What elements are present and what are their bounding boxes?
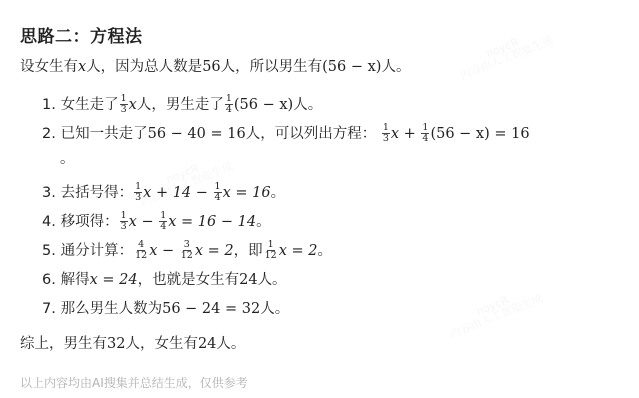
conclusion-text: 人。: [216, 336, 245, 352]
conclusion-text: 综上，男生有: [20, 336, 107, 352]
item-text: 人，可以列出方程：: [246, 126, 377, 142]
item-text: 女生走了: [61, 97, 119, 113]
item-text: 。: [60, 151, 75, 167]
intro-text: 人，因为总人数是: [86, 59, 202, 75]
math-expr: 56 − 24 = 32: [162, 301, 260, 317]
fraction: 13: [382, 123, 390, 144]
item-text: 。: [271, 185, 286, 201]
math-expr: x = 16 − 14: [168, 214, 256, 230]
fraction: 13: [120, 211, 128, 232]
math-expr: (56 − x): [322, 59, 381, 75]
math-expr: x −: [149, 243, 179, 259]
math-expr: x −: [129, 214, 159, 230]
math-expr: 56 − 40 = 16: [148, 126, 246, 142]
item-text: 。: [256, 214, 271, 230]
math-num: 24: [198, 336, 216, 352]
list-item-wrap: 。: [42, 151, 530, 181]
math-expr: (56 − x) = 16: [430, 126, 529, 142]
list-item: 4. 移项得：13x − 14x = 16 − 14。: [42, 210, 530, 239]
math-num: 56: [202, 59, 220, 75]
ai-disclaimer: 以上内容均由AI搜集并总结生成，仅供参考: [20, 374, 248, 391]
fraction: 112: [264, 240, 278, 261]
item-number: 5.: [42, 239, 56, 263]
item-text: 。: [318, 243, 333, 259]
fraction: 14: [214, 182, 222, 203]
math-expr: x +: [391, 126, 421, 142]
item-text: 人，男生走了: [137, 97, 224, 113]
item-text: 去括号得：: [61, 185, 134, 201]
math-expr: x = 24: [90, 272, 138, 288]
fraction: 14: [159, 211, 167, 232]
item-number: 1.: [42, 93, 56, 117]
list-item: 3. 去括号得：13x + 14 − 14x = 16。: [42, 181, 530, 210]
item-number: 2.: [42, 122, 56, 146]
fraction: 14: [225, 94, 233, 115]
item-text: 已知一共走了: [61, 126, 148, 142]
conclusion-text: 人，女生有: [125, 336, 198, 352]
list-item: 6. 解得x = 24，也就是女生有24人。: [42, 268, 530, 297]
intro-text: 设女生有: [20, 59, 78, 75]
math-num: 32: [107, 336, 125, 352]
math-expr: x = 2: [279, 243, 318, 259]
math-expr: x = 2: [195, 243, 234, 259]
item-text: 人。: [258, 272, 287, 288]
list-item: 5. 通分计算：412x − 312x = 2，即112x = 2。: [42, 239, 530, 268]
item-text: 移项得：: [61, 214, 119, 230]
item-text: ，即: [234, 243, 263, 259]
intro-text: 人，所以男生有: [221, 59, 323, 75]
fraction: 412: [134, 240, 148, 261]
math-var: x: [78, 59, 86, 75]
fraction: 14: [421, 123, 429, 144]
item-text: ，也就是女生有: [138, 272, 240, 288]
fraction: 13: [120, 94, 128, 115]
intro-paragraph: 设女生有x人，因为总人数是56人，所以男生有(56 − x)人。: [20, 55, 410, 76]
item-number: 3.: [42, 181, 56, 205]
watermark: noycR内容由人工智能生成: [454, 24, 554, 81]
math-num: 24: [239, 272, 257, 288]
list-item: 2. 已知一共走了56 − 40 = 16人，可以列出方程： 13x + 14(…: [42, 122, 530, 151]
fraction: 312: [180, 240, 194, 261]
intro-text: 人。: [381, 59, 410, 75]
item-number: 4.: [42, 210, 56, 234]
item-number: 7.: [42, 297, 56, 321]
item-number: 6.: [42, 268, 56, 292]
item-text: 人。: [293, 97, 322, 113]
conclusion-paragraph: 综上，男生有32人，女生有24人。: [20, 332, 245, 353]
item-text: 通分计算：: [61, 243, 134, 259]
item-text: 解得: [61, 272, 90, 288]
math-var: x: [129, 97, 137, 113]
steps-list: 1. 女生走了13x人，男生走了14(56 − x)人。 2. 已知一共走了56…: [42, 93, 530, 326]
item-text: 那么男生人数为: [61, 301, 163, 317]
section-title: 思路二：方程法: [20, 22, 143, 47]
list-item: 1. 女生走了13x人，男生走了14(56 − x)人。: [42, 93, 530, 122]
math-expr: x = 16: [223, 185, 271, 201]
item-text: 人。: [260, 301, 289, 317]
math-expr: (56 − x): [234, 97, 293, 113]
